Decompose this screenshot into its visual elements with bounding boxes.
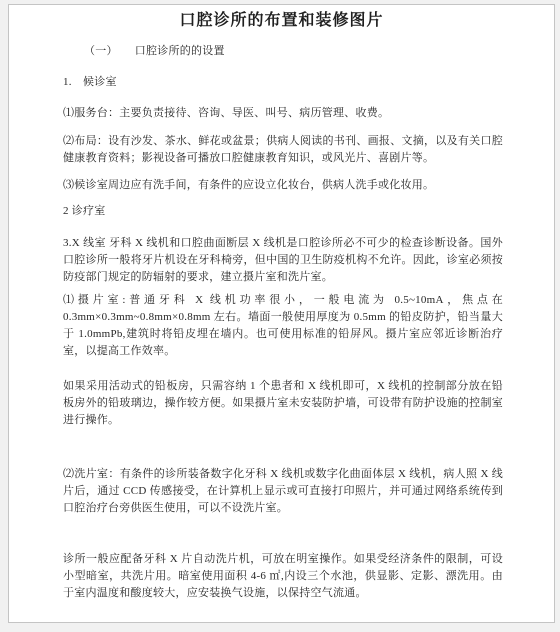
para-washroom: ⑶候诊室周边应有洗手间，有条件的应设立化妆台，供病人洗手或化妆用。 bbox=[63, 177, 503, 194]
para-developing-room: ⑵洗片室：有条件的诊所装备数字化牙科 X 线机或数字化曲面体层 X 线机，病人照… bbox=[63, 466, 503, 517]
para-film-room: ⑴摄片室:普通牙科 X 线机功率很小，一般电流为 0.5~10mA，焦点在 0.… bbox=[63, 292, 503, 360]
section-heading-1: （一） 口腔诊所的的设置 bbox=[84, 43, 524, 60]
para-service-desk: ⑴服务台：主要负责接待、咨询、导医、叫号、病历管理、收费。 bbox=[63, 105, 503, 122]
document-page: 口腔诊所的布置和装修图片 （一） 口腔诊所的的设置 1. 候诊室 ⑴服务台：主要… bbox=[8, 4, 555, 623]
list-item-waiting-room: 1. 候诊室 bbox=[63, 74, 503, 91]
para-xray-room: 3.X 线室 牙科 X 线机和口腔曲面断层 X 线机是口腔诊所必不可少的检查诊断… bbox=[63, 235, 503, 286]
para-auto-washer: 诊所一般应配备牙科 X 片自动洗片机，可放在明室操作。如果受经济条件的限制，可设… bbox=[63, 551, 503, 602]
para-lead-room: 如果采用活动式的铅板房，只需容纳 1 个患者和 X 线机即可，X 线机的控制部分… bbox=[63, 378, 503, 429]
section-heading-2: 2 诊疗室 bbox=[63, 203, 503, 220]
para-layout: ⑵布局：设有沙发、茶水、鲜花或盆景；供病人阅读的书刊、画报、文摘，以及有关口腔健… bbox=[63, 133, 503, 167]
document-title: 口腔诊所的布置和装修图片 bbox=[9, 10, 554, 32]
